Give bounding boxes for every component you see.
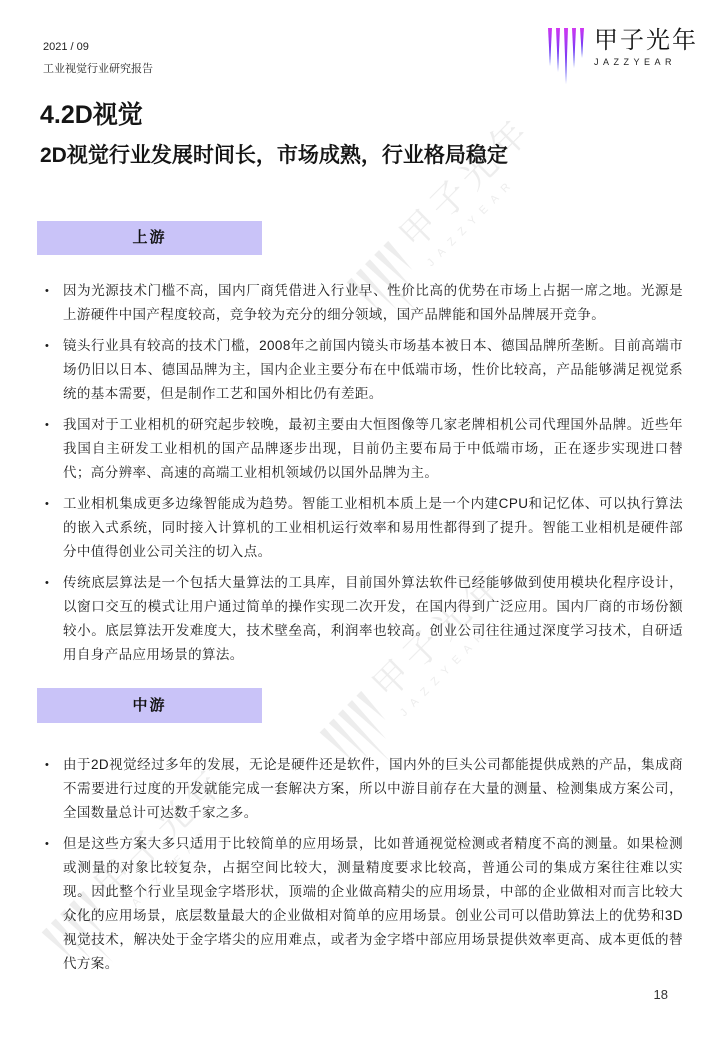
section-title: 4.2D视觉 xyxy=(40,95,143,131)
bullet-text: 传统底层算法是一个包括大量算法的工具库，目前国外算法软件已经能够做到使用模块化程… xyxy=(63,571,683,667)
brand-logo: 甲子光年 JAZZYEAR xyxy=(548,28,698,84)
bullet-item: •镜头行业具有较高的技术门槛，2008年之前国内镜头市场基本被日本、德国品牌所垄… xyxy=(45,334,683,406)
bullet-dot-icon: • xyxy=(45,753,63,825)
bullet-dot-icon: • xyxy=(45,571,63,667)
logo-wordmark: 甲子光年 xyxy=(594,28,698,54)
bullet-item: •但是这些方案大多只适用于比较简单的应用场景，比如普通视觉检测或者精度不高的测量… xyxy=(45,832,683,976)
page-headline: 2D视觉行业发展时间长，市场成熟，行业格局稳定 xyxy=(40,139,508,169)
bullet-text: 但是这些方案大多只适用于比较简单的应用场景，比如普通视觉检测或者精度不高的测量。… xyxy=(63,832,683,976)
bullet-item: •传统底层算法是一个包括大量算法的工具库，目前国外算法软件已经能够做到使用模块化… xyxy=(45,571,683,667)
bullet-text: 因为光源技术门槛不高，国内厂商凭借进入行业早、性价比高的优势在市场上占据一席之地… xyxy=(63,279,683,327)
bullet-item: •我国对于工业相机的研究起步较晚，最初主要由大恒图像等几家老牌相机公司代理国外品… xyxy=(45,413,683,485)
report-date: 2021 / 09 xyxy=(43,36,153,58)
report-page: 甲子光年 JAZZYEAR 甲子光年 JAZZYEAR 甲子光年 JAZZYEA… xyxy=(0,0,720,1040)
report-series-title: 工业视觉行业研究报告 xyxy=(43,58,153,80)
logo-bars-icon xyxy=(548,28,584,84)
section-badge-midstream: 中游 xyxy=(37,688,262,723)
bullet-dot-icon: • xyxy=(45,492,63,564)
bullet-dot-icon: • xyxy=(45,334,63,406)
bullet-text: 工业相机集成更多边缘智能成为趋势。智能工业相机本质上是一个内建CPU和记忆体、可… xyxy=(63,492,683,564)
bullet-list-midstream: •由于2D视觉经过多年的发展，无论是硬件还是软件，国内外的巨头公司都能提供成熟的… xyxy=(0,753,720,976)
bullet-dot-icon: • xyxy=(45,832,63,976)
bullet-item: •因为光源技术门槛不高，国内厂商凭借进入行业早、性价比高的优势在市场上占据一席之… xyxy=(45,279,683,327)
bullet-text: 镜头行业具有较高的技术门槛，2008年之前国内镜头市场基本被日本、德国品牌所垄断… xyxy=(63,334,683,406)
bullet-dot-icon: • xyxy=(45,413,63,485)
section-badge-upstream: 上游 xyxy=(37,221,262,255)
bullet-list-upstream: •因为光源技术门槛不高，国内厂商凭借进入行业早、性价比高的优势在市场上占据一席之… xyxy=(0,279,720,667)
page-content: 上游 •因为光源技术门槛不高，国内厂商凭借进入行业早、性价比高的优势在市场上占据… xyxy=(0,221,720,983)
bullet-dot-icon: • xyxy=(45,279,63,327)
page-number: 18 xyxy=(654,987,668,1002)
logo-latin: JAZZYEAR xyxy=(594,57,698,67)
bullet-text: 我国对于工业相机的研究起步较晚，最初主要由大恒图像等几家老牌相机公司代理国外品牌… xyxy=(63,413,683,485)
header-meta: 2021 / 09 工业视觉行业研究报告 xyxy=(43,36,153,80)
bullet-text: 由于2D视觉经过多年的发展，无论是硬件还是软件，国内外的巨头公司都能提供成熟的产… xyxy=(63,753,683,825)
bullet-item: •工业相机集成更多边缘智能成为趋势。智能工业相机本质上是一个内建CPU和记忆体、… xyxy=(45,492,683,564)
bullet-item: •由于2D视觉经过多年的发展，无论是硬件还是软件，国内外的巨头公司都能提供成熟的… xyxy=(45,753,683,825)
